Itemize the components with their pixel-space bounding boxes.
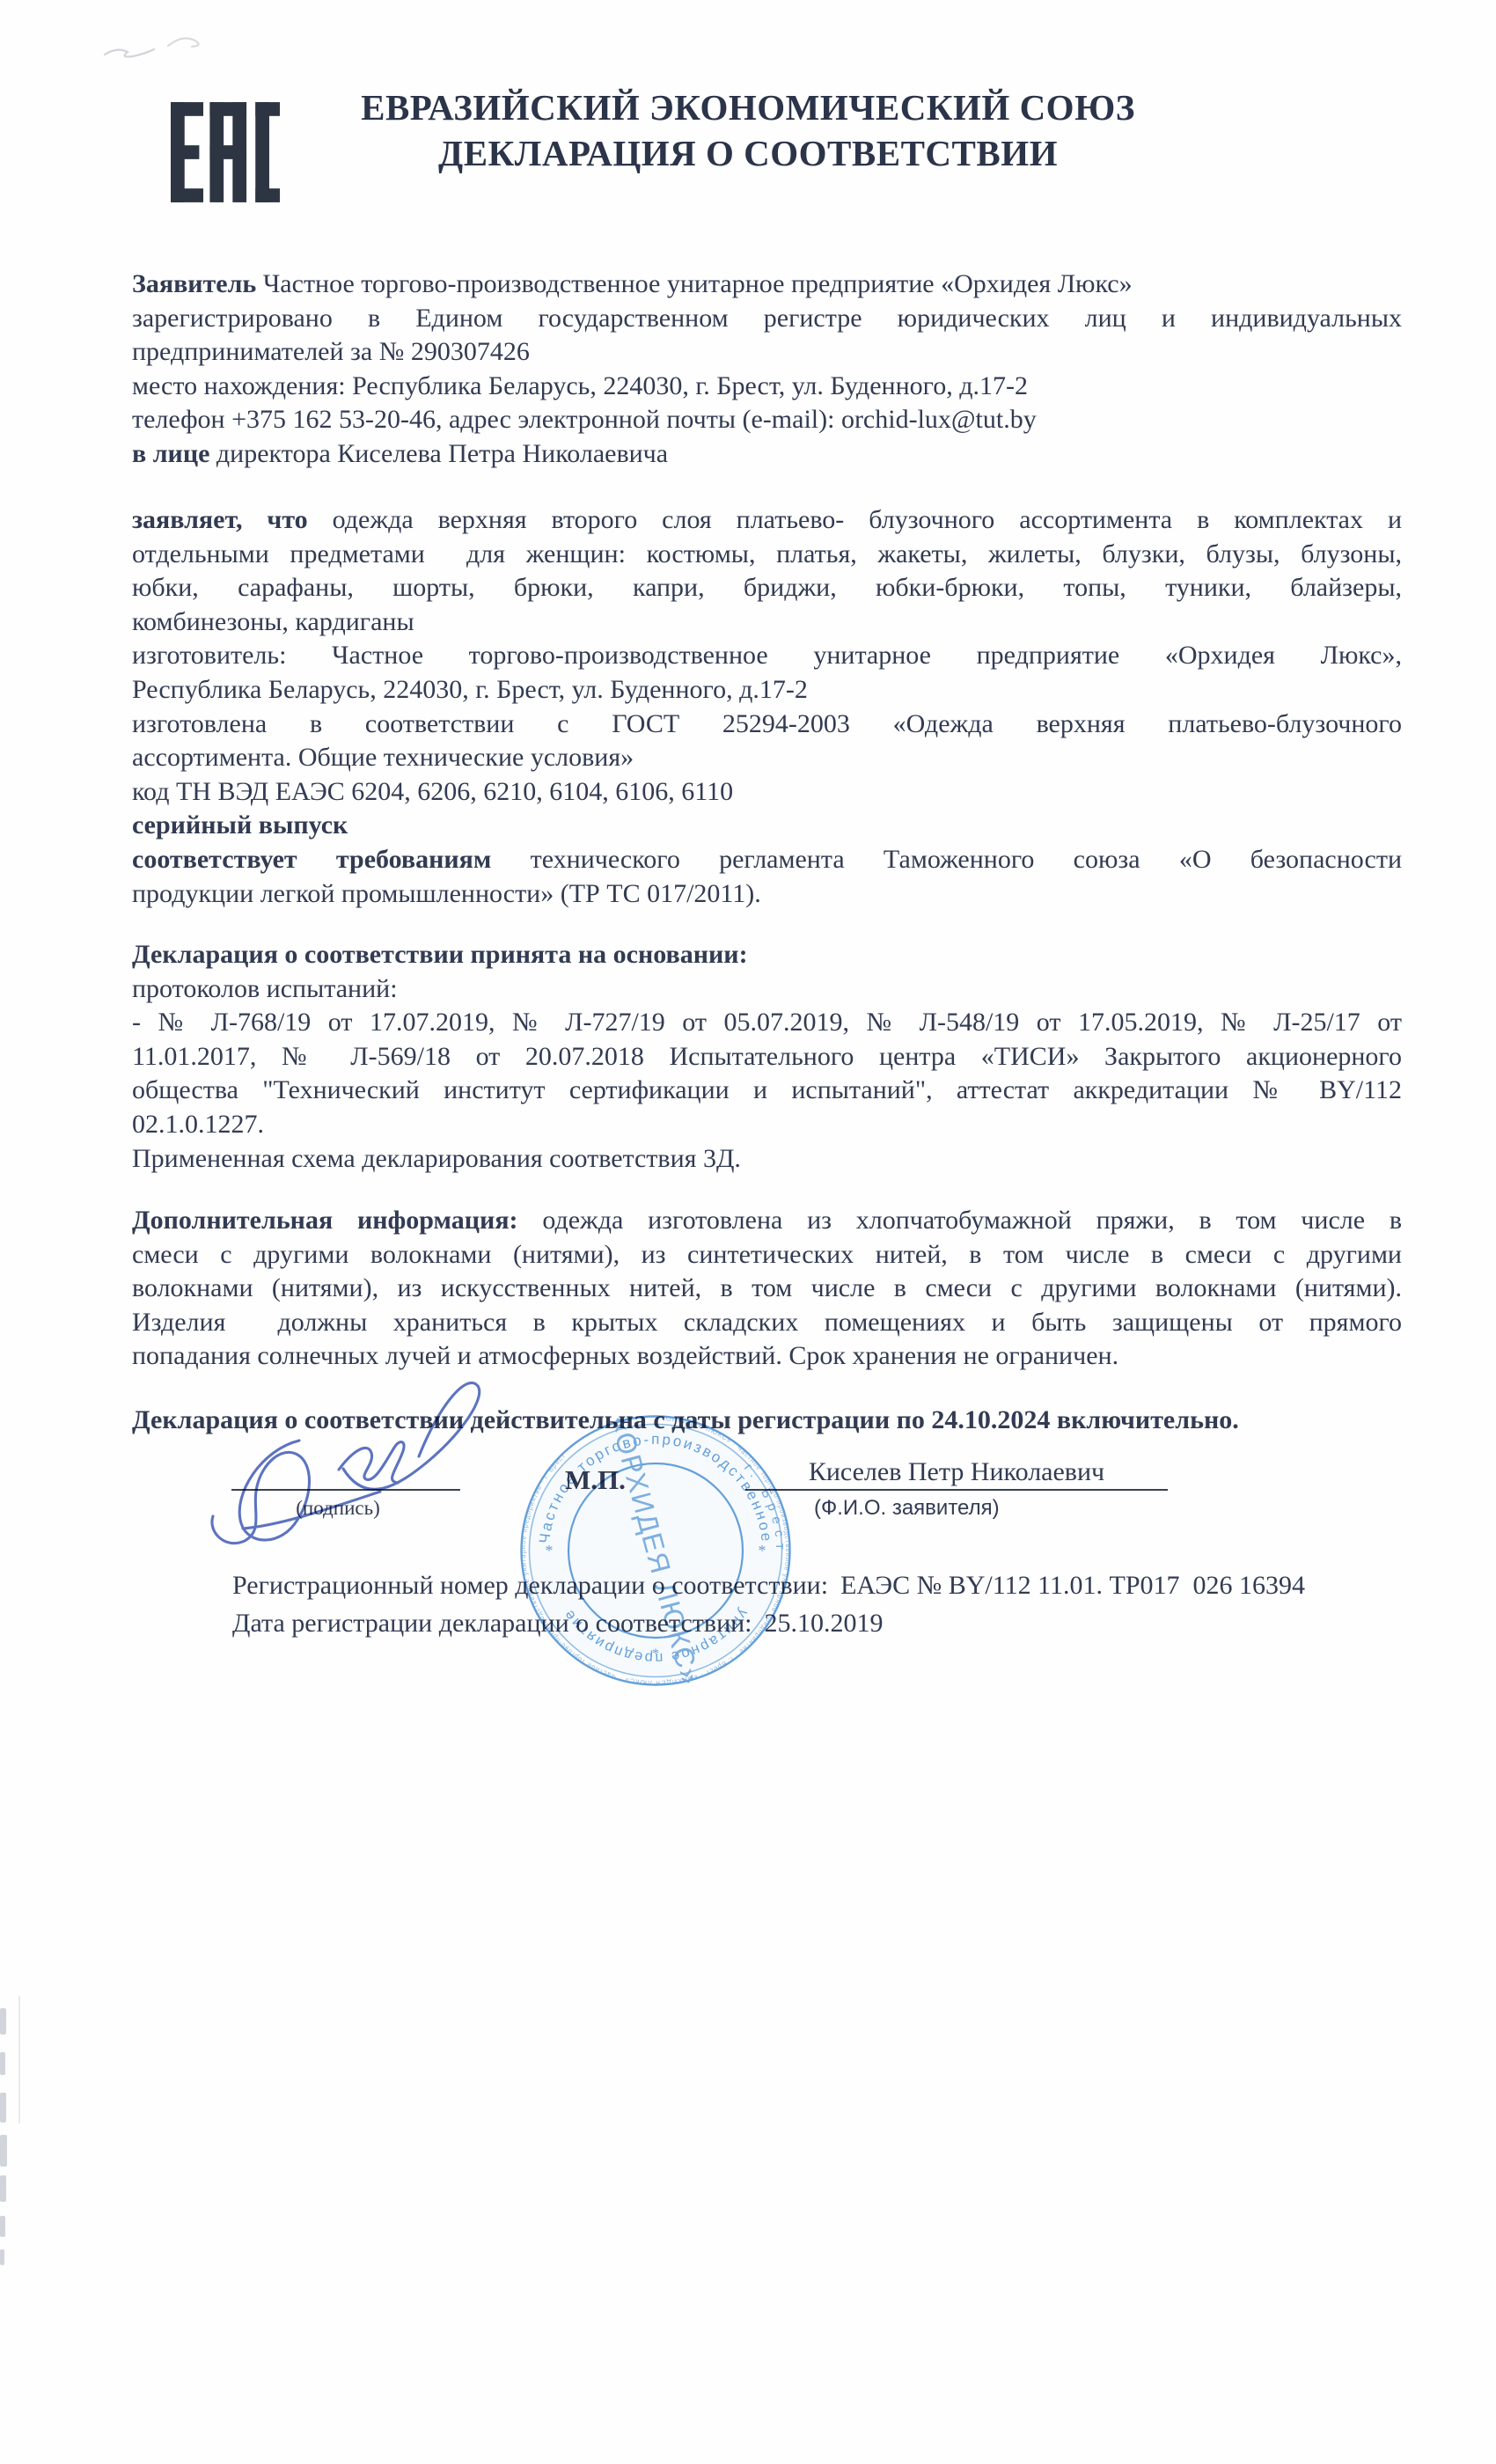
text-line: Дополнительная информация: одежда изгото… [132, 1204, 1402, 1238]
text-line: Республика Беларусь, 224030, г. Брест, у… [132, 673, 1402, 708]
text-line: продукции легкой промышленности» (ТР ТС … [132, 877, 1402, 912]
product-description: одежда верхняя второго слоя платьево- бл… [308, 505, 1402, 534]
serial-production-label: серийный выпуск [132, 809, 1402, 843]
regulation-reference: технического регламента Таможенного союз… [491, 845, 1402, 874]
applicant-company: Частное торгово-производственное унитарн… [256, 269, 1132, 298]
basis-heading: Декларация о соответствии принята на осн… [132, 938, 1402, 972]
text-line: отдельными предметами для женщин: костюм… [132, 538, 1402, 572]
text-line: комбинезоны, кардиганы [132, 605, 1402, 640]
text-line: зарегистрировано в Едином государственно… [132, 302, 1402, 336]
text-line: заявляет, что одежда верхняя второго сло… [132, 503, 1402, 538]
stamp-separator-left: * [546, 1542, 554, 1559]
signature-ink [158, 1368, 510, 1588]
text-line: предпринимателей за № 290307426 [132, 335, 1402, 370]
additional-info-label: Дополнительная информация: [132, 1206, 518, 1235]
text-line: юбки, сарафаны, шорты, брюки, капри, бри… [132, 571, 1402, 605]
text-line: - № Л-768/19 от 17.07.2019, № Л-727/19 о… [132, 1006, 1402, 1040]
scan-artifact [0, 2175, 6, 2202]
in-person-label: в лице [132, 439, 209, 468]
text-line: телефон +375 162 53-20-46, адрес электро… [132, 403, 1402, 437]
registration-number-value: ЕАЭС № BY/112 11.01. ТР017 026 16394 [840, 1571, 1305, 1600]
text-line: 02.1.0.1227. [132, 1108, 1402, 1142]
text-line: место нахождения: Республика Беларусь, 2… [132, 370, 1402, 404]
scan-artifact [0, 2093, 6, 2123]
declares-label: заявляет, что [132, 505, 308, 534]
text-line: соответствует требованиям технического р… [132, 843, 1402, 877]
text-line: изготовлена в соответствии с ГОСТ 25294-… [132, 708, 1402, 742]
text-line: смеси с другими волокнами (нитями), из с… [132, 1238, 1402, 1272]
additional-info-paragraph: Дополнительная информация: одежда изгото… [132, 1204, 1402, 1374]
applicant-name: Киселев Петр Николаевич [745, 1457, 1168, 1491]
text-line: ассортимента. Общие технические условия» [132, 741, 1402, 775]
scan-artifact [0, 2249, 4, 2265]
scan-artifact [0, 2216, 5, 2237]
pencil-scribble [92, 26, 251, 70]
scan-artifact [18, 1996, 20, 2123]
applicant-label: Заявитель [132, 269, 256, 298]
text-line: изготовитель: Частное торгово-производст… [132, 639, 1402, 673]
basis-paragraph: Декларация о соответствии принята на осн… [132, 938, 1402, 1176]
complies-label: соответствует требованиям [132, 845, 491, 874]
text-line: Примененная схема декларирования соответ… [132, 1142, 1402, 1177]
stamp-separator-right: * [759, 1542, 766, 1559]
text-line: в лице директора Киселева Петра Николаев… [132, 437, 1402, 472]
declaration-document-page: ЕВРАЗИЙСКИЙ ЭКОНОМИЧЕСКИЙ СОЮЗ ДЕКЛАРАЦИ… [0, 0, 1496, 2464]
director-name: директора Киселева Петра Николаевича [209, 439, 668, 468]
title-declaration-line: ДЕКЛАРАЦИЯ О СООТВЕТСТВИИ [0, 130, 1496, 176]
text-line: 11.01.2017, № Л-569/18 от 20.07.2018 Исп… [132, 1040, 1402, 1074]
text-line: Изделия должны храниться в крытых складс… [132, 1306, 1402, 1340]
scan-artifact [0, 2008, 6, 2035]
text-line: протоколов испытаний: [132, 972, 1402, 1007]
material-description: одежда изготовлена из хлопчатобумажной п… [518, 1206, 1402, 1235]
name-caption: (Ф.И.О. заявителя) [814, 1496, 1000, 1521]
company-round-stamp: · «ОРХИДЕЯ ЛЮКС» · Частное торгово-произ… [506, 1401, 805, 1700]
text-line: Заявитель Частное торгово-производственн… [132, 268, 1402, 302]
text-line: код ТН ВЭД ЕАЭС 6204, 6206, 6210, 6104, … [132, 775, 1402, 810]
product-paragraph: заявляет, что одежда верхняя второго сло… [132, 503, 1402, 911]
scan-artifact [0, 2052, 5, 2075]
text-line: волокнами (нитями), из искусственных нит… [132, 1272, 1402, 1306]
document-title: ЕВРАЗИЙСКИЙ ЭКОНОМИЧЕСКИЙ СОЮЗ ДЕКЛАРАЦИ… [0, 84, 1496, 176]
scan-artifact [0, 2135, 7, 2167]
stamp-separator-bottom: * [652, 1646, 659, 1661]
text-line: общества "Технический институт сертифика… [132, 1074, 1402, 1108]
applicant-paragraph: Заявитель Частное торгово-производственн… [132, 268, 1402, 472]
title-union-line: ЕВРАЗИЙСКИЙ ЭКОНОМИЧЕСКИЙ СОЮЗ [0, 84, 1496, 130]
